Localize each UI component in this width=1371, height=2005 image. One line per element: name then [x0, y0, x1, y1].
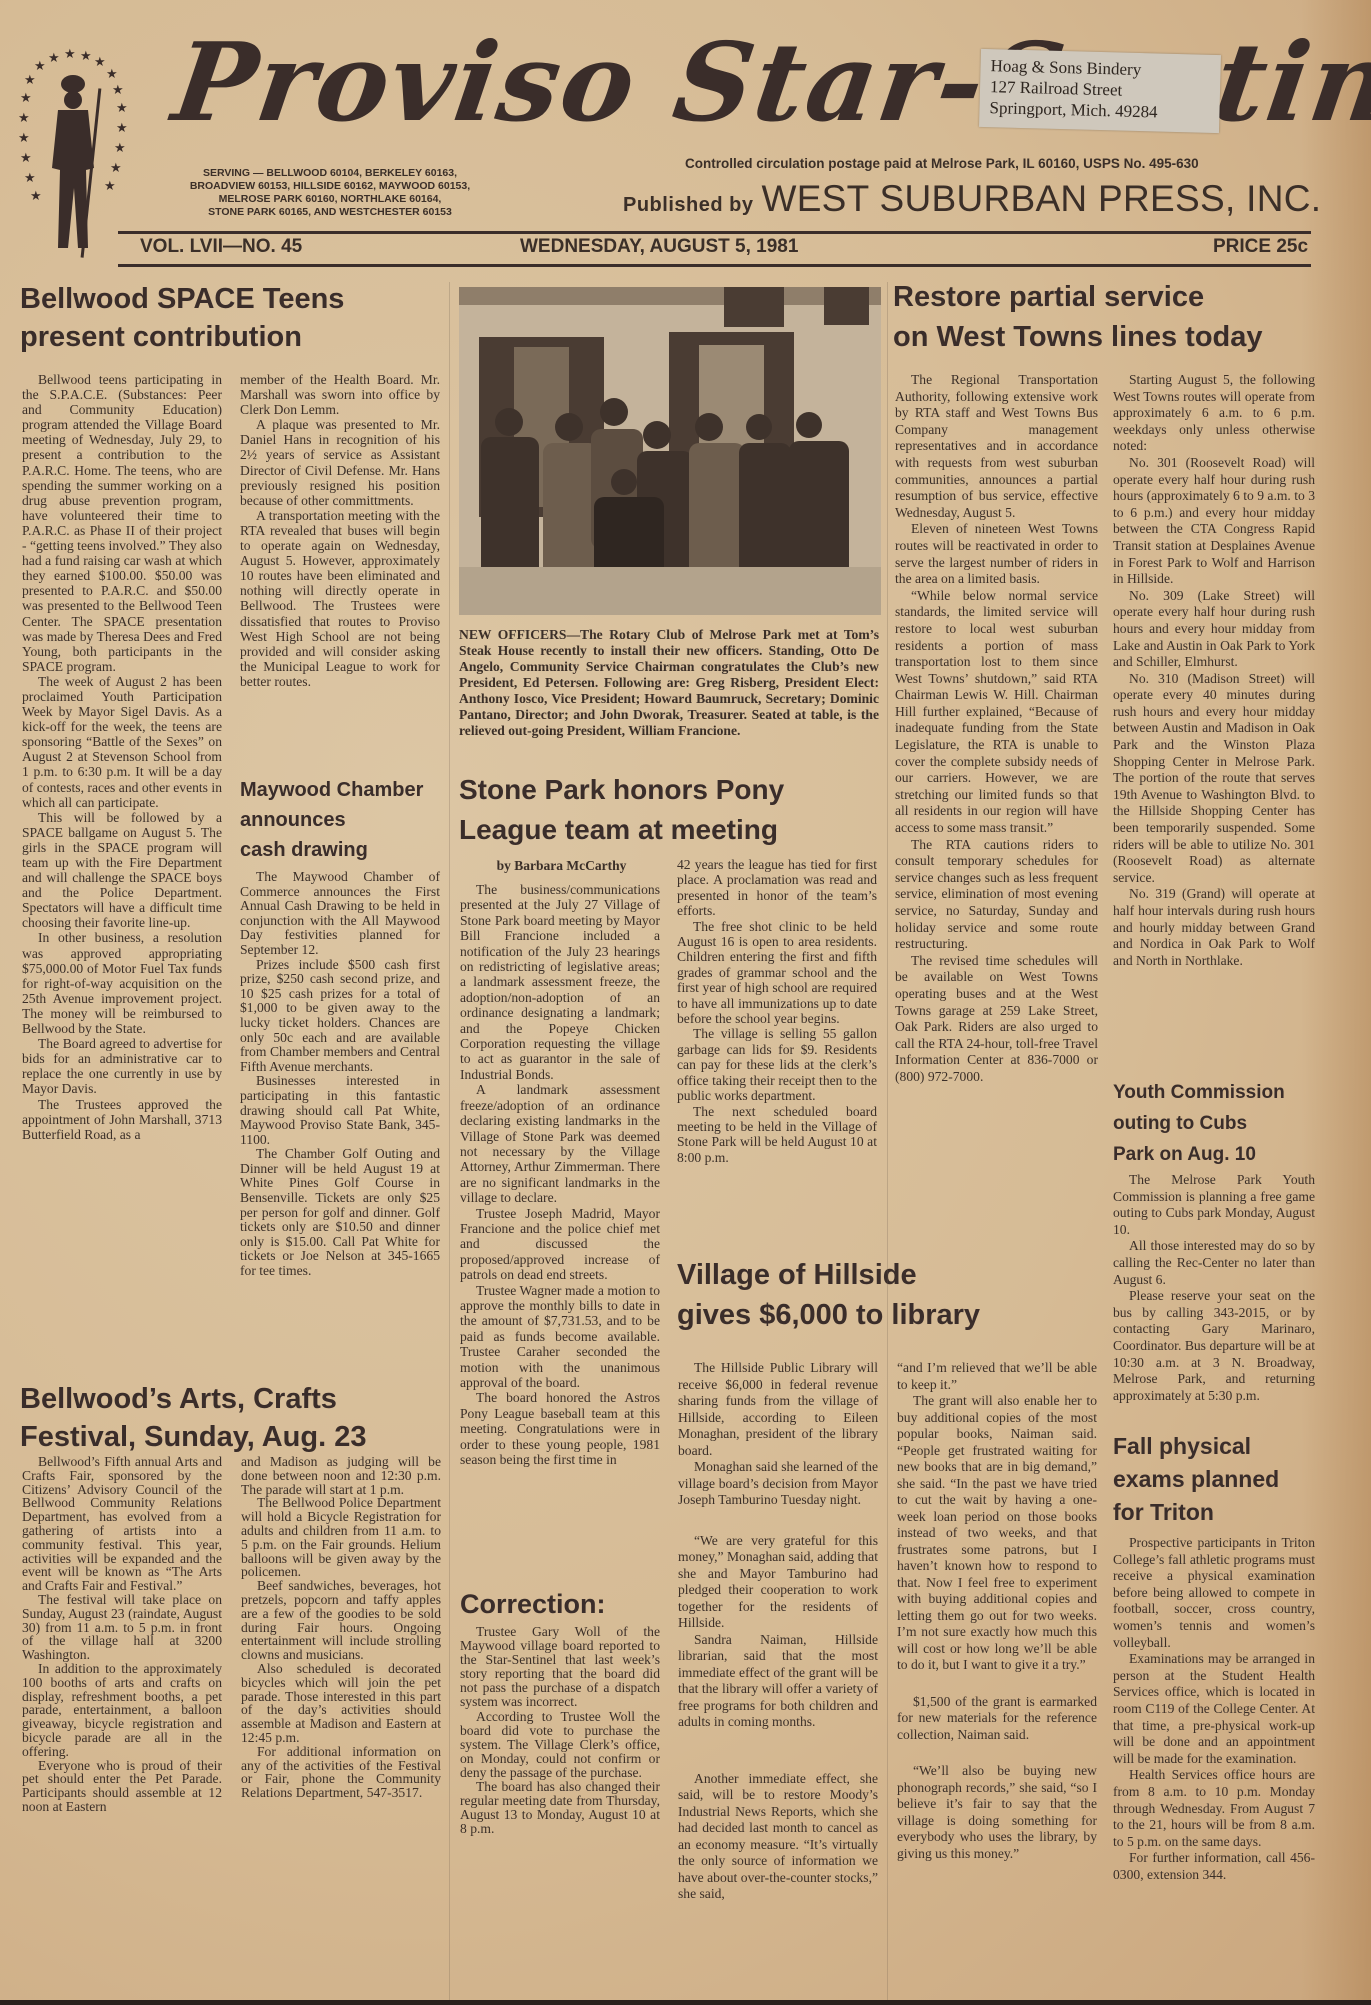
- paragraph: Monaghan said she learned of the village…: [678, 1459, 878, 1509]
- paragraph: Please reserve your seat on the bus by c…: [1113, 1288, 1315, 1404]
- headline-line: Restore partial service: [893, 277, 1263, 317]
- paragraph: “We’ll also be buying new phonograph rec…: [897, 1763, 1097, 1862]
- svg-text:★: ★: [116, 100, 128, 115]
- paragraph: Bellwood teens participating in the S.P.…: [22, 372, 222, 674]
- paragraph: The business/communications presented at…: [460, 882, 660, 1082]
- headline-youth-commission: Youth Commission outing to Cubs Park on …: [1113, 1077, 1285, 1170]
- svg-text:★: ★: [116, 120, 128, 135]
- headline-arts-crafts: Bellwood’s Arts, Crafts Festival, Sunday…: [20, 1380, 367, 1456]
- publisher-line: Published byWEST SUBURBAN PRESS, INC.: [623, 178, 1321, 220]
- svg-text:★: ★: [18, 130, 30, 145]
- paragraph: No. 319 (Grand) will operate at half hou…: [1113, 886, 1315, 969]
- paragraph: The grant will also enable her to buy ad…: [897, 1393, 1097, 1674]
- paragraph: Examinations may be arranged in person a…: [1113, 1651, 1315, 1767]
- paragraph: The free shot clinic to be held August 1…: [677, 919, 877, 1027]
- rotary-club-photo: [459, 287, 881, 615]
- paragraph: Sandra Naiman, Hillside librarian, said …: [678, 1632, 878, 1731]
- west-towns-column-2: Starting August 5, the following West To…: [1113, 372, 1315, 969]
- maywood-chamber-body: The Maywood Chamber of Commerce announce…: [240, 870, 440, 1279]
- svg-text:★: ★: [20, 150, 32, 165]
- label-line: Springport, Mich. 49284: [989, 97, 1209, 124]
- paragraph: Bellwood’s Fifth annual Arts and Crafts …: [22, 1455, 222, 1593]
- headline-maywood-chamber: Maywood Chamber announces cash drawing: [240, 775, 423, 865]
- svg-text:★: ★: [30, 188, 42, 203]
- paragraph: The board has also changed their regular…: [460, 1780, 660, 1836]
- paragraph: Eleven of nineteen West Towns routes wil…: [895, 521, 1098, 587]
- paragraph: Also scheduled is decorated bicycles whi…: [241, 1662, 441, 1745]
- headline-space-teens: Bellwood SPACE Teens present contributio…: [20, 280, 344, 356]
- svg-text:★: ★: [20, 90, 32, 105]
- paragraph: The Hillside Public Library will receive…: [678, 1360, 878, 1459]
- headline-line: Festival, Sunday, Aug. 23: [20, 1418, 367, 1456]
- paragraph: Trustee Gary Woll of the Maywood village…: [460, 1625, 660, 1710]
- headline-line: for Triton: [1113, 1496, 1279, 1529]
- paragraph: The board honored the Astros Pony League…: [460, 1390, 660, 1467]
- arts-crafts-column-1: Bellwood’s Fifth annual Arts and Crafts …: [22, 1455, 222, 1814]
- paragraph: $1,500 of the grant is earmarked for new…: [897, 1694, 1097, 1744]
- masthead-rule-top: [118, 231, 1311, 234]
- headline-line: cash drawing: [240, 835, 423, 865]
- stone-park-column-1: The business/communications presented at…: [460, 882, 660, 1467]
- headline-line: on West Towns lines today: [893, 317, 1263, 357]
- arts-crafts-column-2: and Madison as judging will be done betw…: [241, 1455, 441, 1800]
- paragraph: The revised time schedules will be avail…: [895, 953, 1098, 1086]
- headline-line: gives $6,000 to library: [677, 1295, 980, 1335]
- masthead-rule-bottom: [118, 264, 1311, 267]
- paragraph: The Trustees approved the appointment of…: [22, 1097, 222, 1142]
- svg-text:★: ★: [110, 160, 122, 175]
- svg-text:★: ★: [80, 48, 92, 63]
- paragraph: No. 301 (Roosevelt Road) will operate ev…: [1113, 455, 1315, 588]
- paragraph: The Chamber Golf Outing and Dinner will …: [240, 1147, 440, 1278]
- paragraph: and Madison as judging will be done betw…: [241, 1455, 441, 1496]
- paragraph: Starting August 5, the following West To…: [1113, 372, 1315, 455]
- space-teens-column-2: member of the Health Board. Mr. Marshall…: [240, 372, 440, 689]
- hillside-column-2: “and I’m relieved that we’ll be able to …: [897, 1360, 1097, 1862]
- svg-text:★: ★: [48, 50, 60, 65]
- paragraph: Businesses interested in participating i…: [240, 1074, 440, 1147]
- serving-line: SERVING — BELLWOOD 60104, BERKELEY 60163…: [150, 167, 510, 180]
- headline-line: outing to Cubs: [1113, 1108, 1285, 1139]
- svg-text:★: ★: [94, 54, 106, 69]
- headline-line: announces: [240, 805, 423, 835]
- paragraph: All those interested may do so by callin…: [1113, 1238, 1315, 1288]
- youth-commission-body: The Melrose Park Youth Commission is pla…: [1113, 1172, 1315, 1404]
- mailing-address-label: Hoag & Sons Bindery 127 Railroad Street …: [979, 49, 1221, 133]
- published-by-label: Published by: [623, 194, 753, 216]
- paragraph: Trustee Joseph Madrid, Mayor Francione a…: [460, 1206, 660, 1283]
- paragraph: A landmark assessment freeze/adoption of…: [460, 1082, 660, 1205]
- serving-line: STONE PARK 60165, AND WESTCHESTER 60153: [150, 206, 510, 219]
- headline-line: Bellwood SPACE Teens: [20, 280, 344, 318]
- page-bottom-edge: [0, 2000, 1371, 2005]
- svg-text:★: ★: [106, 66, 118, 81]
- headline-line: Maywood Chamber: [240, 775, 423, 805]
- svg-text:★: ★: [24, 170, 36, 185]
- byline: by Barbara McCarthy: [459, 858, 664, 874]
- postage-notice: Controlled circulation postage paid at M…: [685, 156, 1199, 171]
- svg-text:★: ★: [112, 82, 124, 97]
- paragraph: In other business, a resolution was appr…: [22, 930, 222, 1036]
- triton-body: Prospective participants in Triton Colle…: [1113, 1535, 1315, 1883]
- space-teens-column-1: Bellwood teens participating in the S.P.…: [22, 372, 222, 1142]
- correction-body: Trustee Gary Woll of the Maywood village…: [460, 1625, 660, 1836]
- paragraph: 42 years the league has tied for first p…: [677, 857, 877, 919]
- paragraph: This will be followed by a SPACE ballgam…: [22, 810, 222, 931]
- paragraph: The Maywood Chamber of Commerce announce…: [240, 870, 440, 958]
- paragraph: The Bellwood Police Department will hold…: [241, 1496, 441, 1579]
- paragraph: The Board agreed to advertise for bids f…: [22, 1036, 222, 1096]
- group-photo-image: [459, 287, 881, 615]
- headline-line: exams planned: [1113, 1463, 1279, 1496]
- paragraph: The village is selling 55 gallon garbage…: [677, 1026, 877, 1103]
- column-divider: [449, 282, 450, 2002]
- paragraph: The Melrose Park Youth Commission is pla…: [1113, 1172, 1315, 1238]
- headline-correction: Correction:: [460, 1588, 606, 1622]
- stone-park-column-2: 42 years the league has tied for first p…: [677, 857, 877, 1165]
- paragraph: According to Trustee Woll the board did …: [460, 1710, 660, 1780]
- serving-line: BROADVIEW 60153, HILLSIDE 60162, MAYWOOD…: [150, 180, 510, 193]
- paragraph: The week of August 2 has been proclaimed…: [22, 674, 222, 810]
- svg-text:★: ★: [64, 48, 76, 61]
- headline-line: League team at meeting: [459, 810, 784, 850]
- headline-line: Youth Commission: [1113, 1077, 1285, 1108]
- paragraph: “We are very grateful for this money,” M…: [678, 1533, 878, 1632]
- hillside-column-1: The Hillside Public Library will receive…: [678, 1360, 878, 1903]
- price: PRICE 25c: [1213, 236, 1308, 258]
- headline-line: Bellwood’s Arts, Crafts: [20, 1380, 367, 1418]
- volume-number: VOL. LVII—NO. 45: [140, 236, 302, 258]
- paragraph: For further information, call 456-0300, …: [1113, 1850, 1315, 1883]
- issue-date: WEDNESDAY, AUGUST 5, 1981: [520, 236, 798, 258]
- paragraph: For additional information on any of the…: [241, 1745, 441, 1800]
- svg-text:★: ★: [34, 58, 46, 73]
- headline-line: Park on Aug. 10: [1113, 1139, 1285, 1170]
- paragraph: “While below normal service standards, t…: [895, 588, 1098, 837]
- paragraph: Beef sandwiches, beverages, hot pretzels…: [241, 1579, 441, 1662]
- headline-line: Village of Hillside: [677, 1255, 980, 1295]
- paragraph: Everyone who is proud of their pet shoul…: [22, 1759, 222, 1814]
- paragraph: Prizes include $500 cash first prize, $2…: [240, 958, 440, 1075]
- paragraph: No. 309 (Lake Street) will operate every…: [1113, 588, 1315, 671]
- publisher-name: WEST SUBURBAN PRESS, INC.: [761, 178, 1321, 219]
- serving-line: MELROSE PARK 60160, NORTHLAKE 60164,: [150, 193, 510, 206]
- paragraph: The RTA cautions riders to consult tempo…: [895, 837, 1098, 953]
- paragraph: The next scheduled board meeting to be h…: [677, 1104, 877, 1166]
- column-divider: [887, 282, 888, 2002]
- svg-text:★: ★: [18, 110, 30, 125]
- headline-west-towns: Restore partial service on West Towns li…: [893, 277, 1263, 357]
- paragraph: The festival will take place on Sunday, …: [22, 1593, 222, 1662]
- svg-text:★: ★: [24, 72, 36, 87]
- headline-line: present contribution: [20, 318, 344, 356]
- headline-stone-park: Stone Park honors Pony League team at me…: [459, 770, 784, 850]
- west-towns-column-1: The Regional Transportation Authority, f…: [895, 372, 1098, 1086]
- photo-caption: NEW OFFICERS—The Rotary Club of Melrose …: [459, 627, 879, 739]
- paragraph: Health Services office hours are from 8 …: [1113, 1767, 1315, 1850]
- minuteman-logo-icon: ★★★ ★★★ ★★★ ★★★ ★★★ ★★★ ★: [18, 48, 130, 273]
- paragraph: No. 310 (Madison Street) will operate ev…: [1113, 671, 1315, 887]
- svg-text:★: ★: [114, 140, 126, 155]
- paragraph: Another immediate effect, she said, will…: [678, 1771, 878, 1903]
- paragraph: In addition to the approximately 100 boo…: [22, 1662, 222, 1759]
- headline-line: Fall physical: [1113, 1430, 1279, 1463]
- svg-text:★: ★: [104, 178, 116, 193]
- paragraph: member of the Health Board. Mr. Marshall…: [240, 372, 440, 417]
- headline-triton: Fall physical exams planned for Triton: [1113, 1430, 1279, 1529]
- headline-line: Stone Park honors Pony: [459, 770, 784, 810]
- paragraph: A plaque was presented to Mr. Daniel Han…: [240, 417, 440, 508]
- paragraph: A transportation meeting with the RTA re…: [240, 508, 440, 689]
- serving-areas: SERVING — BELLWOOD 60104, BERKELEY 60163…: [150, 167, 510, 219]
- paragraph: Trustee Wagner made a motion to approve …: [460, 1283, 660, 1391]
- paragraph: Prospective participants in Triton Colle…: [1113, 1535, 1315, 1651]
- headline-hillside-library: Village of Hillside gives $6,000 to libr…: [677, 1255, 980, 1335]
- paragraph: The Regional Transportation Authority, f…: [895, 372, 1098, 521]
- paragraph: “and I’m relieved that we’ll be able to …: [897, 1360, 1097, 1393]
